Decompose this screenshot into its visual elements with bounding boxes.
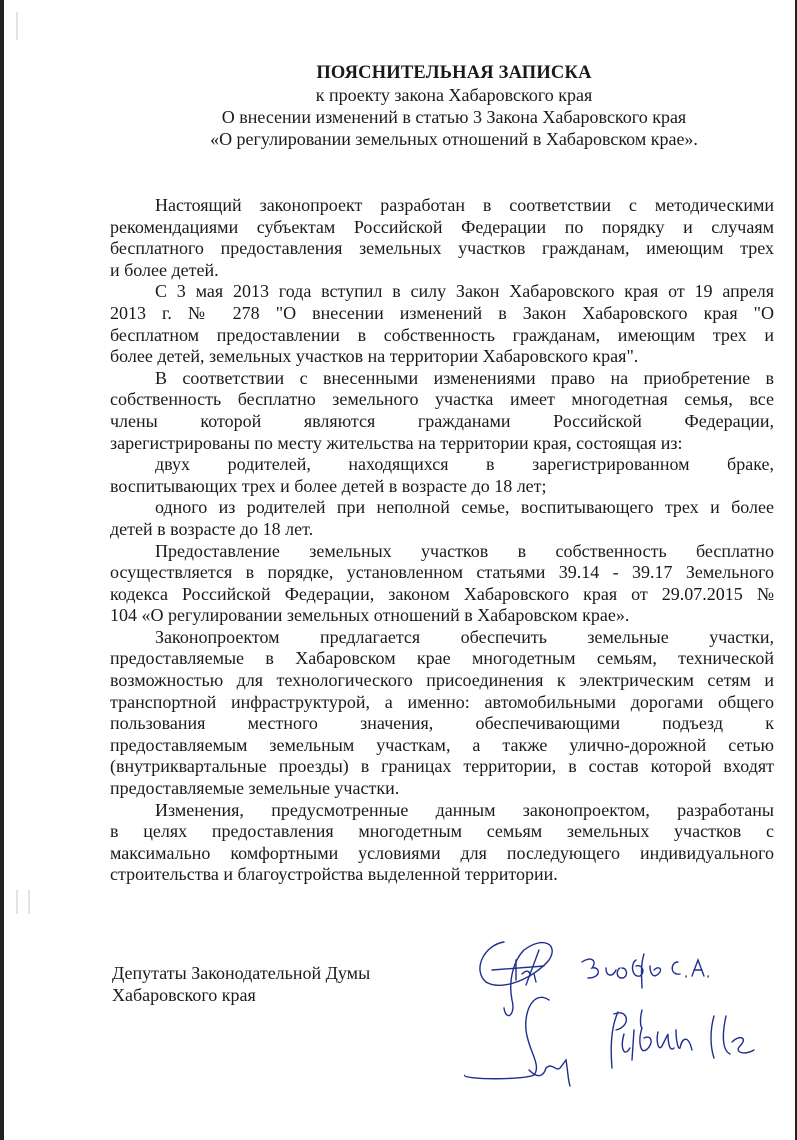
body-text-line: предоставляемые земельные участки. xyxy=(110,778,774,800)
body-text-line: осуществляется в порядке, установленном … xyxy=(110,562,774,584)
body-text-line: предоставляемым земельным участкам, а та… xyxy=(110,735,774,757)
body-text-line: (внутриквартальные проезды) в границах т… xyxy=(110,756,774,778)
handwritten-signatures xyxy=(464,930,794,1130)
body-text-line: С 3 мая 2013 года вступил в силу Закон Х… xyxy=(110,281,774,303)
document-page: ПОЯСНИТЕЛЬНАЯ ЗАПИСКА к проекту закона Х… xyxy=(0,0,797,1140)
body-text-line: транспортной инфраструктурой, а именно: … xyxy=(110,692,774,714)
body-text-line: кодекса Российской Федерации, законом Ха… xyxy=(110,584,774,606)
body-text-line: 2013 г. № 278 "О внесении изменений в За… xyxy=(110,303,774,325)
body-text-line: пользования местного значения, обеспечив… xyxy=(110,713,774,735)
signatories-label: Депутаты Законодательной Думы Хабаровско… xyxy=(112,962,370,1006)
body-text-line: Предоставление земельных участков в собс… xyxy=(110,541,774,563)
body-text-line: собственность бесплатно земельного участ… xyxy=(110,389,774,411)
scan-artifact xyxy=(16,890,18,914)
document-subtitle-line: О внесении изменений в статью 3 Закона Х… xyxy=(154,106,754,128)
signatories-label-line: Депутаты Законодательной Думы xyxy=(112,962,370,984)
body-text-line: Настоящий законопроект разработан в соот… xyxy=(110,195,774,217)
body-text-line: рекомендациями субъектам Российской Феде… xyxy=(110,217,774,239)
body-text-line: двух родителей, находящихся в зарегистри… xyxy=(110,454,774,476)
body-text-line: детей в возрасте до 18 лет. xyxy=(110,519,774,541)
body-text-line: более детей, земельных участков на терри… xyxy=(110,346,774,368)
body-text-line: предоставляемые в Хабаровском крае много… xyxy=(110,648,774,670)
body-text-line: возможностью для технологического присое… xyxy=(110,670,774,692)
signatories-label-line: Хабаровского края xyxy=(112,984,370,1006)
document-subtitle-line: «О регулировании земельных отношений в Х… xyxy=(154,128,754,150)
body-text-line: бесплатного предоставления земельных уча… xyxy=(110,238,774,260)
body-text-line: Изменения, предусмотренные данным законо… xyxy=(110,800,774,822)
body-text-line: 104 «О регулировании земельных отношений… xyxy=(110,605,774,627)
document-body: Настоящий законопроект разработан в соот… xyxy=(110,195,774,886)
document-subtitle-line: к проекту закона Хабаровского края xyxy=(154,84,754,106)
document-title: ПОЯСНИТЕЛЬНАЯ ЗАПИСКА xyxy=(154,62,754,84)
body-text-line: строительства и благоустройства выделенн… xyxy=(110,864,774,886)
body-text-line: максимально комфортными условиями для по… xyxy=(110,843,774,865)
body-text-line: бесплатном предоставлении в собственност… xyxy=(110,325,774,347)
body-text-line: В соответствии с внесенными изменениями … xyxy=(110,368,774,390)
signature-icon xyxy=(464,930,794,1130)
scan-artifact xyxy=(28,890,30,914)
body-text-line: воспитывающих трех и более детей в возра… xyxy=(110,476,774,498)
body-text-line: члены которой являются гражданами Россий… xyxy=(110,411,774,433)
body-text-line: в целях предоставления многодетным семья… xyxy=(110,821,774,843)
body-text-line: и более детей. xyxy=(110,260,774,282)
document-header: ПОЯСНИТЕЛЬНАЯ ЗАПИСКА к проекту закона Х… xyxy=(154,62,754,150)
body-text-line: зарегистрированы по месту жительства на … xyxy=(110,433,774,455)
body-text-line: Законопроектом предлагается обеспечить з… xyxy=(110,627,774,649)
body-text-line: одного из родителей при неполной семье, … xyxy=(110,497,774,519)
scan-artifact xyxy=(16,12,18,40)
